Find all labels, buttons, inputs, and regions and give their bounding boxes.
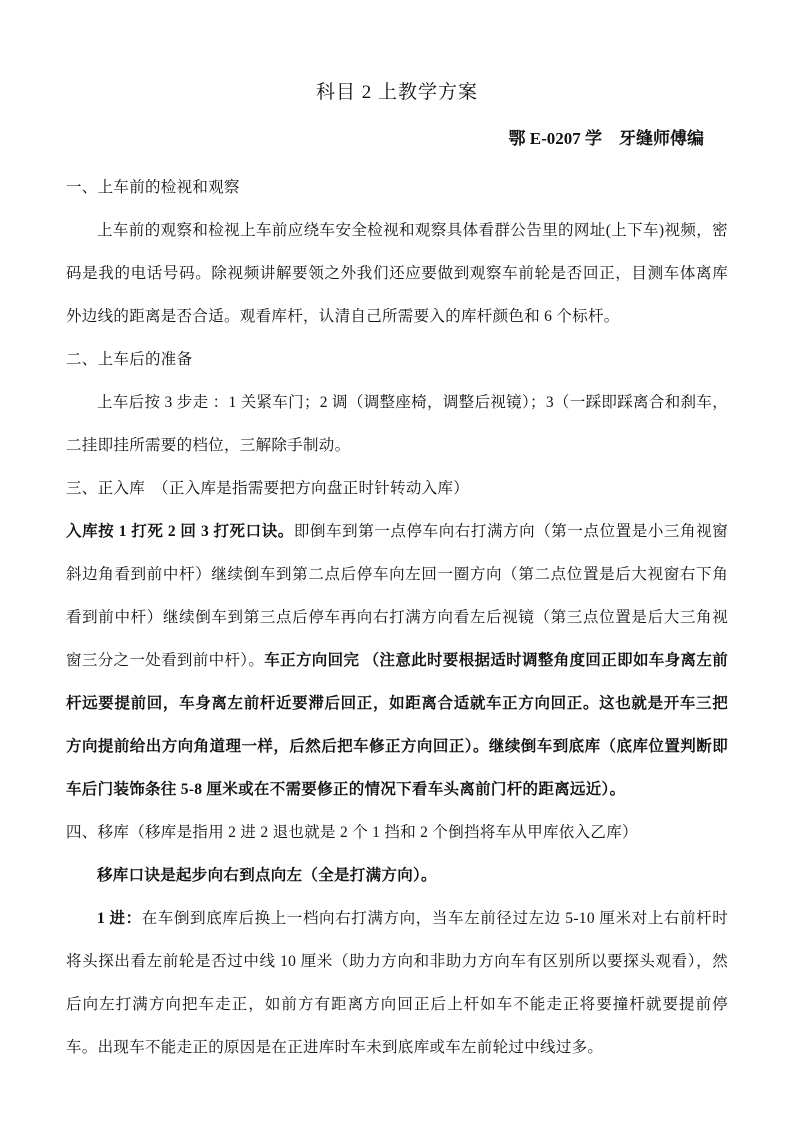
section-heading-4: 四、移库（移库是指用 2 进 2 退也就是 2 个 1 挡和 2 个倒挡将车从甲… (66, 811, 728, 854)
paragraph: 上车前的观察和检视上车前应绕车安全检视和观察具体看群公告里的网址(上下车)视频，… (66, 209, 728, 338)
paragraph: 1 进：在车倒到底库后换上一档向右打满方向，当车左前径过左边 5-10 厘米对上… (66, 897, 728, 1069)
text-run: 移库口诀是起步向右到点向左（全是打满方向）。 (97, 867, 437, 884)
text-run: 即倒车到第一点停车向右打满方向（第一点位置是小三角视窗斜边角看到前中杆）继续倒车… (66, 523, 728, 669)
text-run: 在车倒到底库后换上一档向右打满方向，当车左前径过左边 5-10 厘米对上右前杆时… (66, 910, 728, 1056)
paragraph: 上车后按 3 步走 ：1 关紧车门；2 调（调整座椅，调整后视镜）；3（一踩即踩… (66, 381, 728, 467)
section-heading-3: 三、正入库 （正入库是指需要把方向盘正时针转动入库） (66, 467, 728, 510)
document-page: 科目 2 上教学方案 鄂 E-0207 学 牙缝师傅编 一、上车前的检视和观察 … (0, 0, 794, 1123)
page-title: 科目 2 上教学方案 (66, 78, 728, 108)
text-run: 入库按 1 打死 2 回 3 打死口诀。 (66, 523, 294, 540)
text-run: 上车前的观察和检视上车前应绕车安全检视和观察具体看群公告里的网址(上下车)视频，… (66, 222, 728, 325)
text-run: 车正方向回完 （注意此时要根据适时调整角度回正即如车身离左前杆远要提前回，车身离… (66, 652, 728, 798)
paragraph: 入库按 1 打死 2 回 3 打死口诀。即倒车到第一点停车向右打满方向（第一点位… (66, 510, 728, 811)
section-heading-1: 一、上车前的检视和观察 (66, 166, 728, 209)
paragraph: 移库口诀是起步向右到点向左（全是打满方向）。 (66, 854, 728, 897)
section-heading-2: 二、上车后的准备 (66, 338, 728, 381)
text-run: 1 进： (97, 910, 142, 927)
text-run: 上车后按 3 步走 ：1 关紧车门；2 调（调整座椅，调整后视镜）；3（一踩即踩… (66, 394, 728, 454)
byline: 鄂 E-0207 学 牙缝师傅编 (66, 122, 728, 156)
